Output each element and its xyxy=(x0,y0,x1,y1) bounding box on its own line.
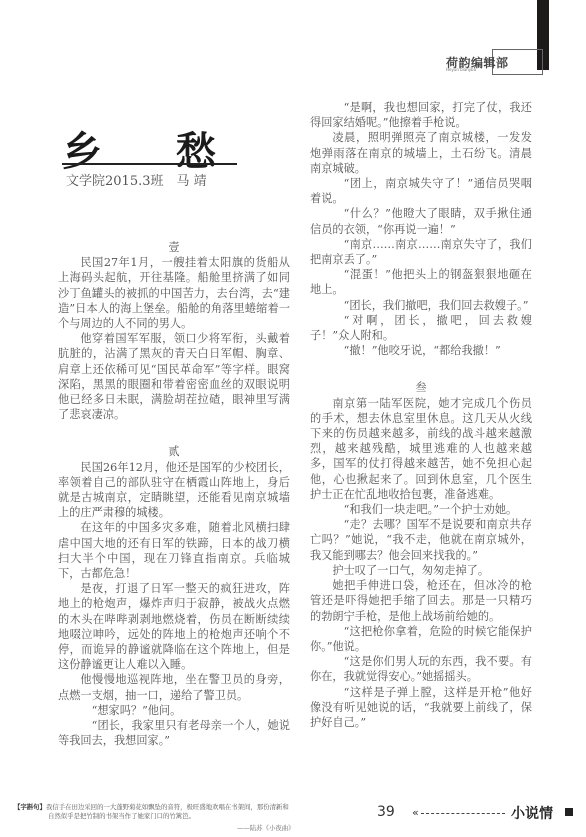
section-heading: 贰 xyxy=(58,444,290,459)
quote-tag: 【字斟句】 xyxy=(14,803,46,811)
dialog-paragraph: “团长，我家里只有老母亲一个人，她说等我回去，我想回家。” xyxy=(58,718,290,748)
dialog-paragraph: “团上，南京城失守了！”通信员哭咽着说。 xyxy=(310,176,532,206)
dialog-paragraph: “混蛋！”他把头上的钢盔狠狠地砸在地上。 xyxy=(310,267,532,297)
dialog-paragraph: “团长，我们撤吧，我们回去救嫂子。” xyxy=(310,298,532,313)
quote-line-2: 自然似乎是把竹制的书架当作了她家门口的竹篱笆。 xyxy=(14,812,314,821)
dialog-paragraph: “撤！”他咬牙说，“都给我撤！” xyxy=(310,343,532,358)
page-number: 39 xyxy=(377,804,395,820)
magazine-name: 小说情 xyxy=(511,803,553,823)
page-arrow-decoration: « xyxy=(412,806,505,819)
section-heading: 壹 xyxy=(58,240,290,255)
paragraph: 他慢慢地巡视阵地，坐在警卫员的身旁，点燃一支烟，抽一口，递给了警卫员。 xyxy=(58,672,290,702)
dialog-paragraph: “对啊，团长，撤吧，回去救嫂子！”众人附和。 xyxy=(310,313,532,343)
paragraph: 民国27年1月，一艘挂着太阳旗的货船从上海码头起航，开往基隆。船舱里挤满了如同沙… xyxy=(58,255,290,331)
dialog-paragraph: “这把枪你拿着，危险的时候它能保护你。”他说。 xyxy=(310,624,532,654)
article-byline: 文学院2015.3班 马 靖 xyxy=(66,170,207,189)
left-column: 壹民国27年1月，一艘挂着太阳旗的货船从上海码头起航，开往基隆。船舱里挤满了如同… xyxy=(58,240,290,749)
title-divider xyxy=(62,163,237,165)
paragraph: 民国26年12月，他还是国军的少校团长，率领着自己的部队驻守在栖霞山阵地上，身后… xyxy=(58,460,290,521)
dialog-paragraph: “南京……南京……南京失守了，我们把南京丢了。” xyxy=(310,237,532,267)
column-subtitle: Heyun bianjibu xyxy=(446,67,476,72)
footer-quote: 【字斟句】我信手在田边采回的一大蓬野菊花如飘坠的音符，极旺盛地欢唱在书架间，那份… xyxy=(14,803,314,821)
quote-source: ——陆苏《小夜曲》 xyxy=(237,823,295,832)
dialog-paragraph: “什么？”他瞪大了眼睛，双手揪住通信员的衣领，“你再说一遍！” xyxy=(310,206,532,236)
right-column: “是啊，我也想回家，打完了仗，我还得回家结婚呢。”他擦着手枪说。凌晨，照明弹照亮… xyxy=(310,100,532,730)
dialog-paragraph: “这样是子弹上膛，这样是开枪”他好像没有听见她说的话，“我就要上前线了，保护好自… xyxy=(310,685,532,731)
paragraph: 在这年的中国多灾多难，随着北风横扫肆虐中国大地的还有日军的铁蹄，日本的战刀横扫大… xyxy=(58,520,290,581)
section-heading: 叁 xyxy=(310,380,532,395)
paragraph: 他穿着国军军服，领口少将军衔，头戴着肮脏的，沾满了黑灰的青天白日军帽、胸章、肩章… xyxy=(58,331,290,422)
paragraph: 护士叹了一口气，匆匆走掉了。 xyxy=(310,563,532,578)
section-gap xyxy=(58,422,290,444)
dialog-paragraph: “走？去哪？国军不是说要和南京共存亡吗？”她说，“我不走，他就在南京城外，我又能… xyxy=(310,517,532,563)
paragraph: 是夜，打退了日军一整天的疯狂进攻，阵地上的枪炮声，爆炸声归于寂静，被战火点燃的木… xyxy=(58,581,290,672)
dashed-line xyxy=(421,813,505,814)
dialog-paragraph: “想家吗？”他问。 xyxy=(58,703,290,718)
double-chevron-icon: « xyxy=(412,806,419,819)
paragraph: 南京第一陆军医院，她才完成几个伤员的手术，想去休息室里休息。这几天从火线下来的伤… xyxy=(310,396,532,502)
quote-line-1: 我信手在田边采回的一大蓬野菊花如飘坠的音符，极旺盛地欢唱在书架间，那份清新和 xyxy=(46,803,289,811)
square-icon xyxy=(565,808,573,816)
section-gap xyxy=(310,358,532,380)
dialog-paragraph: “和我们一块走吧。”一个护士劝她。 xyxy=(310,502,532,517)
paragraph: 她把手伸进口袋，枪还在，但冰冷的枪管还是吓得她把手缩了回去。那是一只精巧的勃朗宁… xyxy=(310,578,532,624)
paragraph: 凌晨，照明弹照亮了南京城楼，一发发炮弹雨落在南京的城墙上，土石纷飞。清晨南京城破… xyxy=(310,130,532,176)
dialog-paragraph: “是啊，我也想回家，打完了仗，我还得回家结婚呢。”他擦着手枪说。 xyxy=(310,100,532,130)
dialog-paragraph: “这是你们男人玩的东西，我不要。有你在，我就觉得安心。”她摇摇头。 xyxy=(310,654,532,684)
